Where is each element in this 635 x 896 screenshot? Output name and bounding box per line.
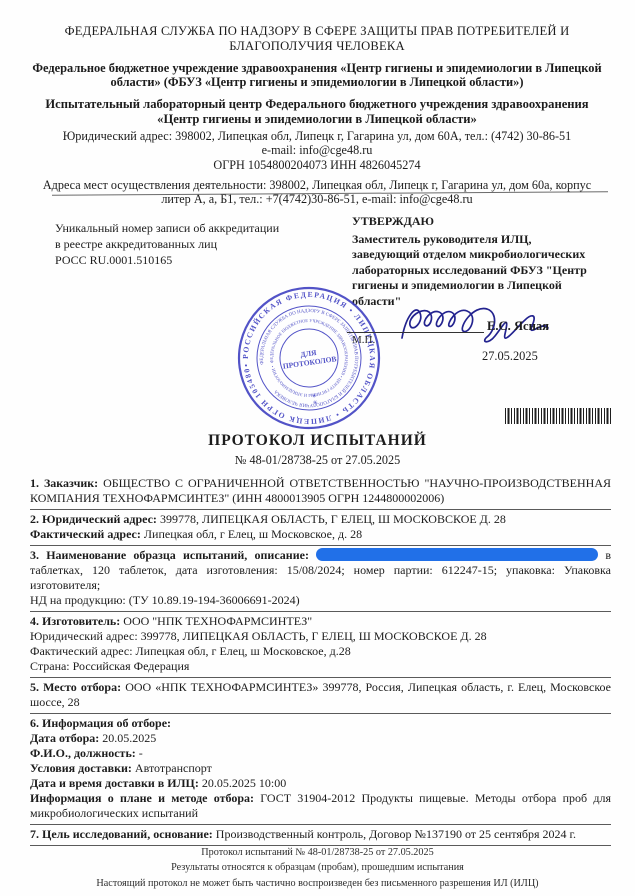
protocol-number: № 48-01/28738-25 от 27.05.2025 [0,453,635,468]
approval-title: УТВЕРЖДАЮ [352,214,604,230]
section-customer: 1. Заказчик: ОБЩЕСТВО С ОГРАНИЧЕННОЙ ОТВ… [30,474,611,510]
stamp-star: ✳ [312,399,318,407]
approval-line: лабораторных исследований ФБУЗ "Центр [352,263,604,279]
protocol-document-page: ФЕДЕРАЛЬНАЯ СЛУЖБА ПО НАДЗОРУ В СФЕРЕ ЗА… [0,0,635,896]
manufacturer-value: ООО "НПК ТЕХНОФАРМСИНТЕЗ" [123,614,312,628]
accreditation-block: Уникальный номер записи об аккредитации … [55,221,295,268]
sampling-method-label: Информация о плане и методе отбора: [30,791,260,805]
redaction-bar [316,548,598,561]
accreditation-line2: в реестре аккредитованных лиц [55,237,295,253]
legal-address-label: 2. Юридический адрес: [30,512,160,526]
page-footer: Протокол испытаний № 48-01/28738-25 от 2… [0,845,635,891]
legal-address: Юридический адрес: 398002, Липецкая обл,… [28,129,606,144]
signer-name: Е.С. Ясная [487,319,549,334]
manufacturer-actual-address: Фактический адрес: Липецкая обл, г Елец,… [30,644,351,658]
legal-address-value: 399778, ЛИПЕЦКАЯ ОБЛАСТЬ, Г ЕЛЕЦ, Ш МОСК… [160,512,506,526]
letterhead: ФЕДЕРАЛЬНАЯ СЛУЖБА ПО НАДЗОРУ В СФЕРЕ ЗА… [28,24,606,207]
title-block: ПРОТОКОЛ ИСПЫТАНИЙ № 48-01/28738-25 от 2… [0,432,635,468]
protocol-sections: 1. Заказчик: ОБЩЕСТВО С ОГРАНИЧЕННОЙ ОТВ… [30,474,611,846]
approval-line: Заместитель руководителя ИЛЦ, [352,232,604,248]
sampling-info-label: 6. Информация об отборе: [30,716,171,730]
section-sampling-place: 5. Место отбора: ООО «НПК ТЕХНОФАРМСИНТЕ… [30,678,611,714]
accreditation-line1: Уникальный номер записи об аккредитации [55,221,295,237]
sample-label: 3. Наименование образца испытаний, описа… [30,548,316,562]
manufacturer-label: 4. Изготовитель: [30,614,123,628]
approval-block: УТВЕРЖДАЮ Заместитель руководителя ИЛЦ, … [352,214,604,310]
sampler-name-label: Ф.И.О., должность: [30,746,139,760]
approval-line: заведующий отделом микробиологических [352,247,604,263]
section-sample: 3. Наименование образца испытаний, описа… [30,546,611,612]
footer-copy-note: Настоящий протокол не может быть частичн… [0,876,635,891]
delivery-datetime-value: 20.05.2025 10:00 [202,776,286,790]
protocol-title: ПРОТОКОЛ ИСПЫТАНИЙ [0,432,635,450]
purpose-label: 7. Цель исследований, основание: [30,827,216,841]
accreditation-number: РОСС RU.0001.510165 [55,253,295,269]
barcode [505,408,611,424]
sample-nd: НД на продукцию: (ТУ 10.89.19-194-360066… [30,593,300,607]
federal-service-name: ФЕДЕРАЛЬНАЯ СЛУЖБА ПО НАДЗОРУ В СФЕРЕ ЗА… [28,24,606,54]
sampling-date-label: Дата отбора: [30,731,102,745]
manufacturer-country: Страна: Российская Федерация [30,659,189,673]
organization-name: Федеральное бюджетное учреждение здравоо… [28,61,606,90]
footer-results-note: Результаты относятся к образцам (пробам)… [0,860,635,875]
email: e-mail: info@cge48.ru [28,143,606,158]
delivery-conditions-value: Автотранспорт [135,761,212,775]
sampler-name-value: - [139,746,143,760]
section1-label: 1. Заказчик: [30,476,103,490]
approval-line: гигиены и эпидемиологии в Липецкой [352,278,604,294]
sampling-place-label: 5. Место отбора: [30,680,125,694]
stamp-star: ✳ [311,392,317,400]
footer-protocol-ref: Протокол испытаний № 48-01/28738-25 от 2… [0,845,635,860]
purpose-value: Производственный контроль, Договор №1371… [216,827,576,841]
actual-address-label: Фактический адрес: [30,527,144,541]
section-sampling-info: 6. Информация об отборе: Дата отбора: 20… [30,714,611,825]
section-manufacturer: 4. Изготовитель: ООО "НПК ТЕХНОФАРМСИНТЕ… [30,612,611,678]
round-stamp-icon: • РОССИЙСКАЯ ФЕДЕРАЦИЯ • ЛИПЕЦКАЯ ОБЛАСТ… [234,283,384,433]
section-customer-address: 2. Юридический адрес: 399778, ЛИПЕЦКАЯ О… [30,510,611,546]
approval-date: 27.05.2025 [482,349,538,364]
manufacturer-legal-address: Юридический адрес: 399778, ЛИПЕЦКАЯ ОБЛА… [30,629,487,643]
section1-value: ОБЩЕСТВО С ОГРАНИЧЕННОЙ ОТВЕТСТВЕННОСТЬЮ… [30,476,611,505]
actual-address-value: Липецкая обл, г Елец, ш Московское, д. 2… [144,527,362,541]
sampling-date-value: 20.05.2025 [102,731,156,745]
ogrn-inn: ОГРН 1054800204073 ИНН 4826045274 [28,158,606,173]
stamp-place-label: М.П. [352,334,375,346]
signature-line [347,332,484,333]
lab-center-name: Испытательный лабораторный центр Федерал… [28,97,606,127]
section-purpose: 7. Цель исследований, основание: Произво… [30,825,611,846]
delivery-conditions-label: Условия доставки: [30,761,135,775]
delivery-datetime-label: Дата и время доставки в ИЛЦ: [30,776,202,790]
